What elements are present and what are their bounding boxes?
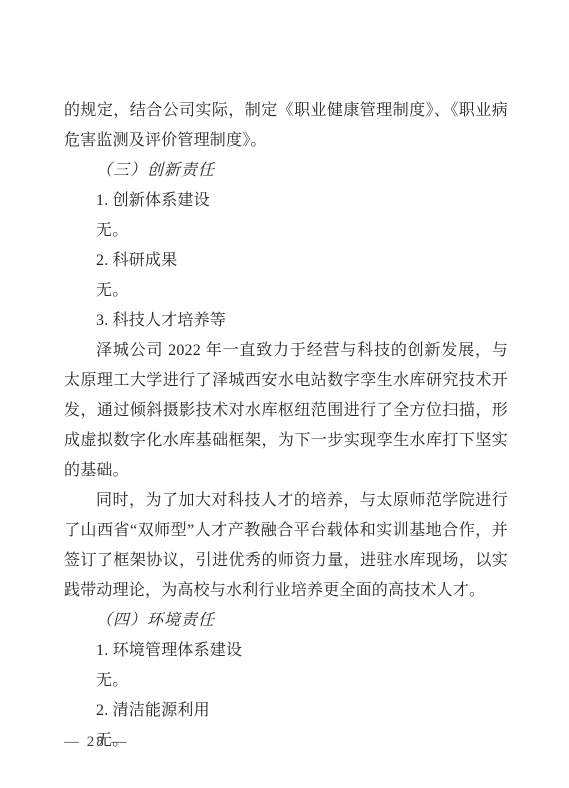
- list-item-talent-cultivation: 3. 科技人才培养等: [64, 306, 508, 336]
- paragraph-talent-training: 同时，为了加大对科技人才的培养，与太原师范学院进行了山西省“双师型”人才产教融合…: [64, 486, 508, 606]
- section-heading-innovation: （三）创新责任: [64, 156, 508, 186]
- page-number: — 28 —: [64, 734, 129, 750]
- list-item-innovation-system: 1. 创新体系建设: [64, 186, 508, 216]
- list-item-env-management: 1. 环境管理体系建设: [64, 636, 508, 666]
- section-heading-environment: （四）环境责任: [64, 606, 508, 636]
- body-text-none: 无。: [64, 276, 508, 306]
- paragraph-continuation: 的规定，结合公司实际，制定《职业健康管理制度》、《职业病危害监测及评价管理制度》…: [64, 96, 508, 156]
- paragraph-tech-development: 泽城公司 2022 年一直致力于经营与科技的创新发展，与太原理工大学进行了泽城西…: [64, 336, 508, 486]
- list-item-research-results: 2. 科研成果: [64, 246, 508, 276]
- page-footer: — 28 —: [64, 732, 129, 752]
- document-page: 的规定，结合公司实际，制定《职业健康管理制度》、《职业病危害监测及评价管理制度》…: [0, 0, 569, 788]
- list-item-clean-energy: 2. 清洁能源利用: [64, 696, 508, 726]
- body-text-none: 无。: [64, 666, 508, 696]
- body-text-none: 无。: [64, 216, 508, 246]
- document-body: 的规定，结合公司实际，制定《职业健康管理制度》、《职业病危害监测及评价管理制度》…: [64, 96, 508, 756]
- body-text-none: 无。: [64, 726, 508, 756]
